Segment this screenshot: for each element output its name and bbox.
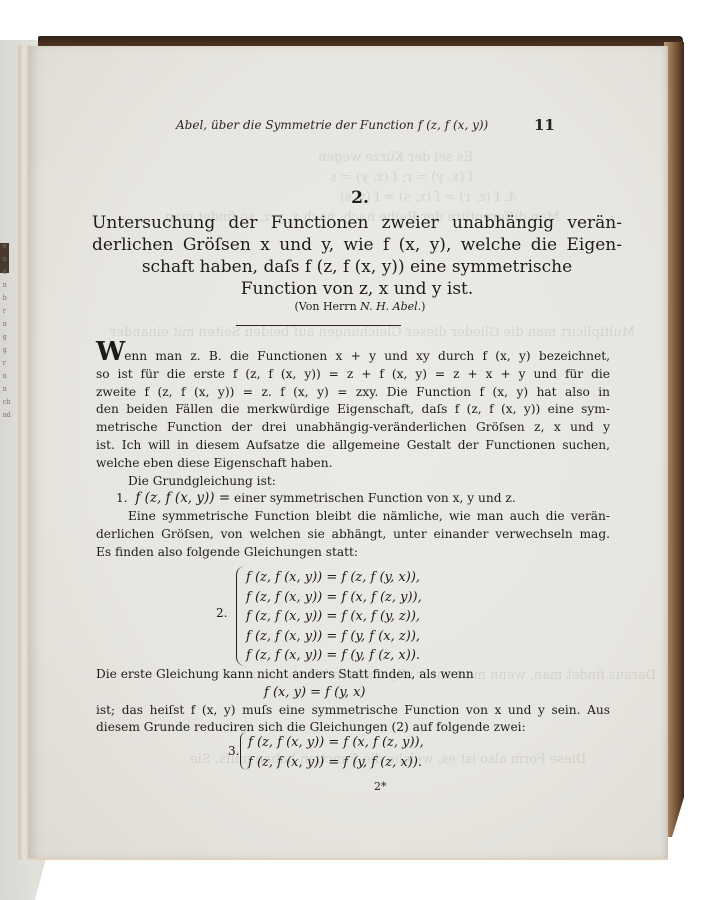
equation-3-brace xyxy=(240,732,247,770)
title-line: schaft haben, daſs f (z, f (x, y)) eine … xyxy=(92,256,622,278)
signature-mark: 2* xyxy=(374,780,387,793)
article-title: Untersuchung der Functionen zweier unabh… xyxy=(92,212,622,300)
byline: (Von Herrn N. H. Abel.) xyxy=(80,300,640,313)
intro-line: welche eben diese Eigenschaft haben. xyxy=(96,455,610,473)
equation-row: f (z, f (x, y)) = f (x, f (y, z)), xyxy=(246,607,422,627)
author-name: N. H. Abel. xyxy=(360,300,421,313)
intro-line: Wenn man z. B. die Functionen x + y und … xyxy=(96,344,610,366)
equation-row: f (z, f (x, y)) = f (y, f (z, x)). xyxy=(248,753,424,773)
symmetric-condition: f (x, y) = f (y, x) xyxy=(96,684,610,702)
symmetry-line: derlichen Gröſsen, von welchen sie abhän… xyxy=(96,526,610,544)
equation-rhs: einer symmetrischen Function von x, y un… xyxy=(234,491,516,505)
show-through-text: Multiplicirt man die Glieder dieser Glei… xyxy=(110,325,635,340)
facing-page-text-fragment: en dn br ng gr nn chnd xyxy=(3,240,16,422)
intro-line: den beiden Fällen die merkwürdige Eigens… xyxy=(96,401,610,419)
show-through-text: Es sei der Kürze wegen xyxy=(318,150,473,165)
equation-lhs: f (z, f (x, y)) = xyxy=(135,490,230,506)
intro-line: zweite f (z, f (x, y)) = z. f (x, y) = z… xyxy=(96,384,610,402)
intro-line: so ist für die erste f (z, f (x, y)) = z… xyxy=(96,366,610,384)
first-equation-text: Die erste Gleichung kann nicht anders St… xyxy=(96,666,610,684)
article-body: Wenn man z. B. die Functionen x + y und … xyxy=(96,344,610,562)
equation-row: f (z, f (x, y)) = f (y, f (z, x)). xyxy=(246,646,422,666)
consequence-line: ist; das heiſst f (x, y) muſs eine symme… xyxy=(96,702,610,720)
equation-3-system: f (z, f (x, y)) = f (x, f (z, y)), f (z,… xyxy=(248,733,424,772)
section-number: 2. xyxy=(80,188,640,208)
equation-row: f (z, f (x, y)) = f (z, f (y, x)), xyxy=(246,568,422,588)
equation-row: f (z, f (x, y)) = f (y, f (x, z)), xyxy=(246,627,422,647)
equation-row: f (z, f (x, y)) = f (x, f (z, y)), xyxy=(246,588,422,608)
page-number: 11 xyxy=(534,116,555,134)
title-rule xyxy=(236,325,401,326)
title-line: Untersuchung der Functionen zweier unabh… xyxy=(92,212,622,234)
drop-cap: W xyxy=(96,337,124,367)
equation-row: f (z, f (x, y)) = f (x, f (z, y)), xyxy=(248,733,424,753)
equation-3-label: 3. xyxy=(228,744,239,758)
intro-line: ist. Ich will in diesem Aufsatze die all… xyxy=(96,437,610,455)
equation-2-label: 2. xyxy=(216,606,227,620)
symmetry-line: Eine symmetrische Function bleibt die nä… xyxy=(96,508,610,526)
article-body-continued: Die erste Gleichung kann nicht anders St… xyxy=(96,666,610,737)
equation-2-brace xyxy=(236,566,245,666)
running-head: Abel, über die Symmetrie der Function f … xyxy=(176,118,556,132)
intro-line: metrische Function der drei unabhängig-v… xyxy=(96,419,610,437)
equation-2-system: f (z, f (x, y)) = f (z, f (y, x)), f (z,… xyxy=(246,568,422,666)
symmetry-line: Es finden also folgende Gleichungen stat… xyxy=(96,544,610,562)
equation-1: 1. f (z, f (x, y)) = einer symmetrischen… xyxy=(96,490,610,508)
title-line: derlichen Gröſsen x und y, wie f (x, y),… xyxy=(92,234,622,256)
show-through-text: f (x, y) = r; f (z, y) = s xyxy=(330,170,473,185)
grundgleichung-intro: Die Grundgleichung ist: xyxy=(96,473,610,491)
title-line: Function von z, x und y ist. xyxy=(92,278,622,300)
equation-label: 1. xyxy=(116,491,128,505)
